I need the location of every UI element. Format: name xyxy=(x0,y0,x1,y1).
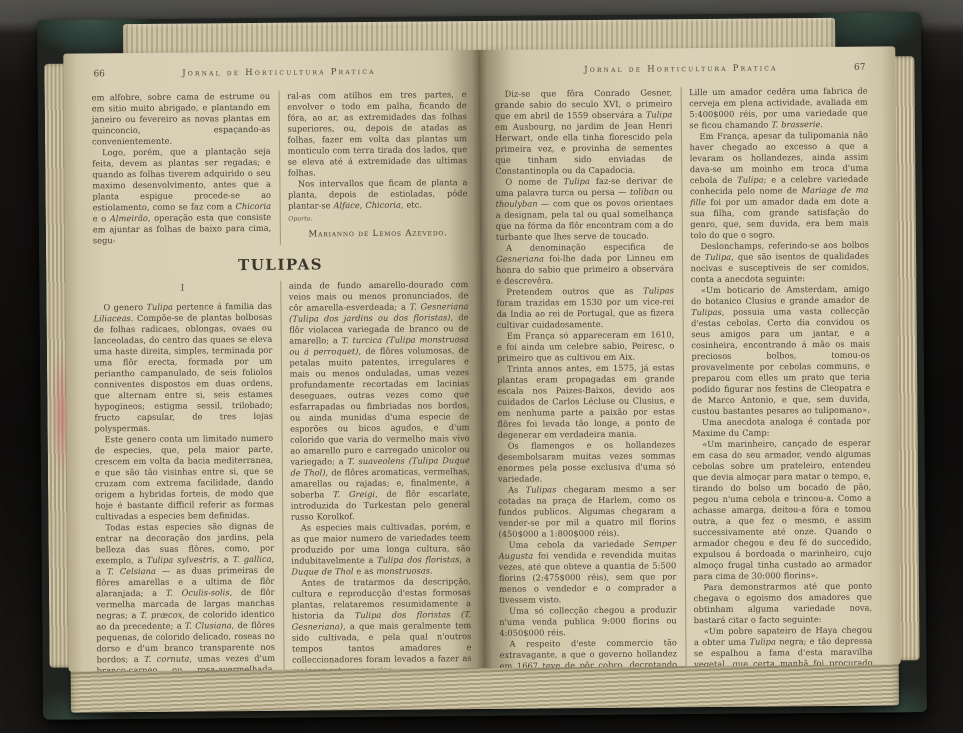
right-page-header: Jornal de Horticultura Pratica 67 xyxy=(494,63,867,80)
author-signature: Marianno de Lemos Azevedo. xyxy=(288,228,468,240)
paragraph: Para demonstrarmos até que ponto chegava… xyxy=(693,581,872,627)
paragraph: O genero Tulipa pertence á familia das L… xyxy=(93,301,273,435)
paragraph: Este genero conta um limitado numero de … xyxy=(95,433,274,523)
paragraph: em alfobre, sobre cama de estrume ou em … xyxy=(92,91,271,148)
left-running-title: Jornal de Horticultura Pratica xyxy=(91,66,466,79)
left-page-number: 66 xyxy=(93,69,105,79)
right-page: Jornal de Horticultura Pratica 67 Diz-se… xyxy=(479,46,900,668)
paragraph: O nome de Tulipa faz-se derivar de uma p… xyxy=(495,175,673,243)
right-column-1: Diz-se que fôra Conrado Gesner, grande s… xyxy=(495,87,687,668)
paragraph: ainda de fundo amarello-dourado com veio… xyxy=(289,279,471,523)
paragraph: A denominação especifica de Gesneriana f… xyxy=(496,241,674,287)
book: 66 Jornal de Horticultura Pratica em alf… xyxy=(37,12,927,720)
open-spread: 66 Jornal de Horticultura Pratica em alf… xyxy=(63,46,900,671)
left-top-column-2-text: ral-as com atilhos em tres partes, e env… xyxy=(287,89,468,212)
left-top-column-2: ral-as com atilhos em tres partes, e env… xyxy=(279,89,468,245)
right-columns: Diz-se que fôra Conrado Gesner, grande s… xyxy=(495,86,873,668)
byline-place: Oporto. xyxy=(288,214,468,223)
paragraph: Logo, porém, que a plantação seja feita,… xyxy=(92,146,271,247)
paragraph: Os flamengos e os hollandezes desembolsa… xyxy=(498,439,676,485)
paragraph: Em França, apesar da tulipomania não hav… xyxy=(689,130,868,242)
left-body-columns: I O genero Tulipa pertence á familia das… xyxy=(93,279,472,672)
paragraph: Uma anecdota analoga é contada por Maxim… xyxy=(692,416,871,440)
paragraph: A respeito d'este commercio tão extravag… xyxy=(499,637,677,668)
left-top-column-1: em alfobre, sobre cama de estrume ou em … xyxy=(92,91,281,247)
paragraph: Pretendem outros que as Tulipas foram tr… xyxy=(496,285,674,331)
paragraph: Deslonchamps, referindo-se aos bolbos de… xyxy=(690,240,869,286)
paragraph: «Um pobre sapateiro de Haya chegou a obt… xyxy=(694,625,873,668)
right-page-number: 67 xyxy=(854,63,866,73)
paragraph: Em França só appareceram em 1610, e foi … xyxy=(497,329,675,364)
paragraph: ral-as com atilhos em tres partes, e env… xyxy=(287,89,467,179)
left-body-column-2: ainda de fundo amarello-dourado com veio… xyxy=(281,279,472,672)
article-title: TULIPAS xyxy=(93,254,468,275)
paragraph: Nos intervallos que ficam de planta a pl… xyxy=(288,177,468,212)
paragraph: Antes de tratarmos da descripção, cultur… xyxy=(291,576,471,672)
section-numeral: I xyxy=(93,283,272,295)
left-page: 66 Jornal de Horticultura Pratica em alf… xyxy=(63,50,484,672)
left-page-header: 66 Jornal de Horticultura Pratica xyxy=(91,66,466,83)
right-column-2: Lille um amador cedêra uma fabrica de ce… xyxy=(681,86,873,668)
left-top-columns: em alfobre, sobre cama de estrume ou em … xyxy=(92,89,468,246)
paragraph: Uma só collecção chegou a produzir n'uma… xyxy=(499,604,677,639)
paragraph: «Um marinheiro, cançado de esperar em ca… xyxy=(692,438,872,583)
right-page-content: Jornal de Horticultura Pratica 67 Diz-se… xyxy=(479,46,900,668)
paragraph: Uma cebola da variedade Semper Augusta f… xyxy=(499,538,677,606)
paragraph: «Um boticario de Amsterdam, amigo do bot… xyxy=(691,284,871,418)
left-page-content: 66 Jornal de Horticultura Pratica em alf… xyxy=(63,50,484,672)
paragraph: Todas estas especies são dignas de entra… xyxy=(95,521,275,672)
left-body-column-1-text: O genero Tulipa pertence á familia das L… xyxy=(93,301,275,672)
paragraph: Trinta annos antes, em 1575, já estas pl… xyxy=(497,362,675,441)
right-running-title: Jornal de Horticultura Pratica xyxy=(494,63,867,76)
left-body-column-1: I O genero Tulipa pertence á familia das… xyxy=(93,281,284,672)
photograph-of-open-book: 66 Jornal de Horticultura Pratica em alf… xyxy=(0,0,963,733)
paragraph: As especies mais cultivadas, porém, e as… xyxy=(291,521,471,578)
paragraph: Diz-se que fôra Conrado Gesner, grande s… xyxy=(495,87,673,177)
paragraph: Lille um amador cedêra uma fabrica de ce… xyxy=(689,86,868,132)
paragraph: As Tulipas chegaram mesmo a ser cotadas … xyxy=(498,483,676,540)
